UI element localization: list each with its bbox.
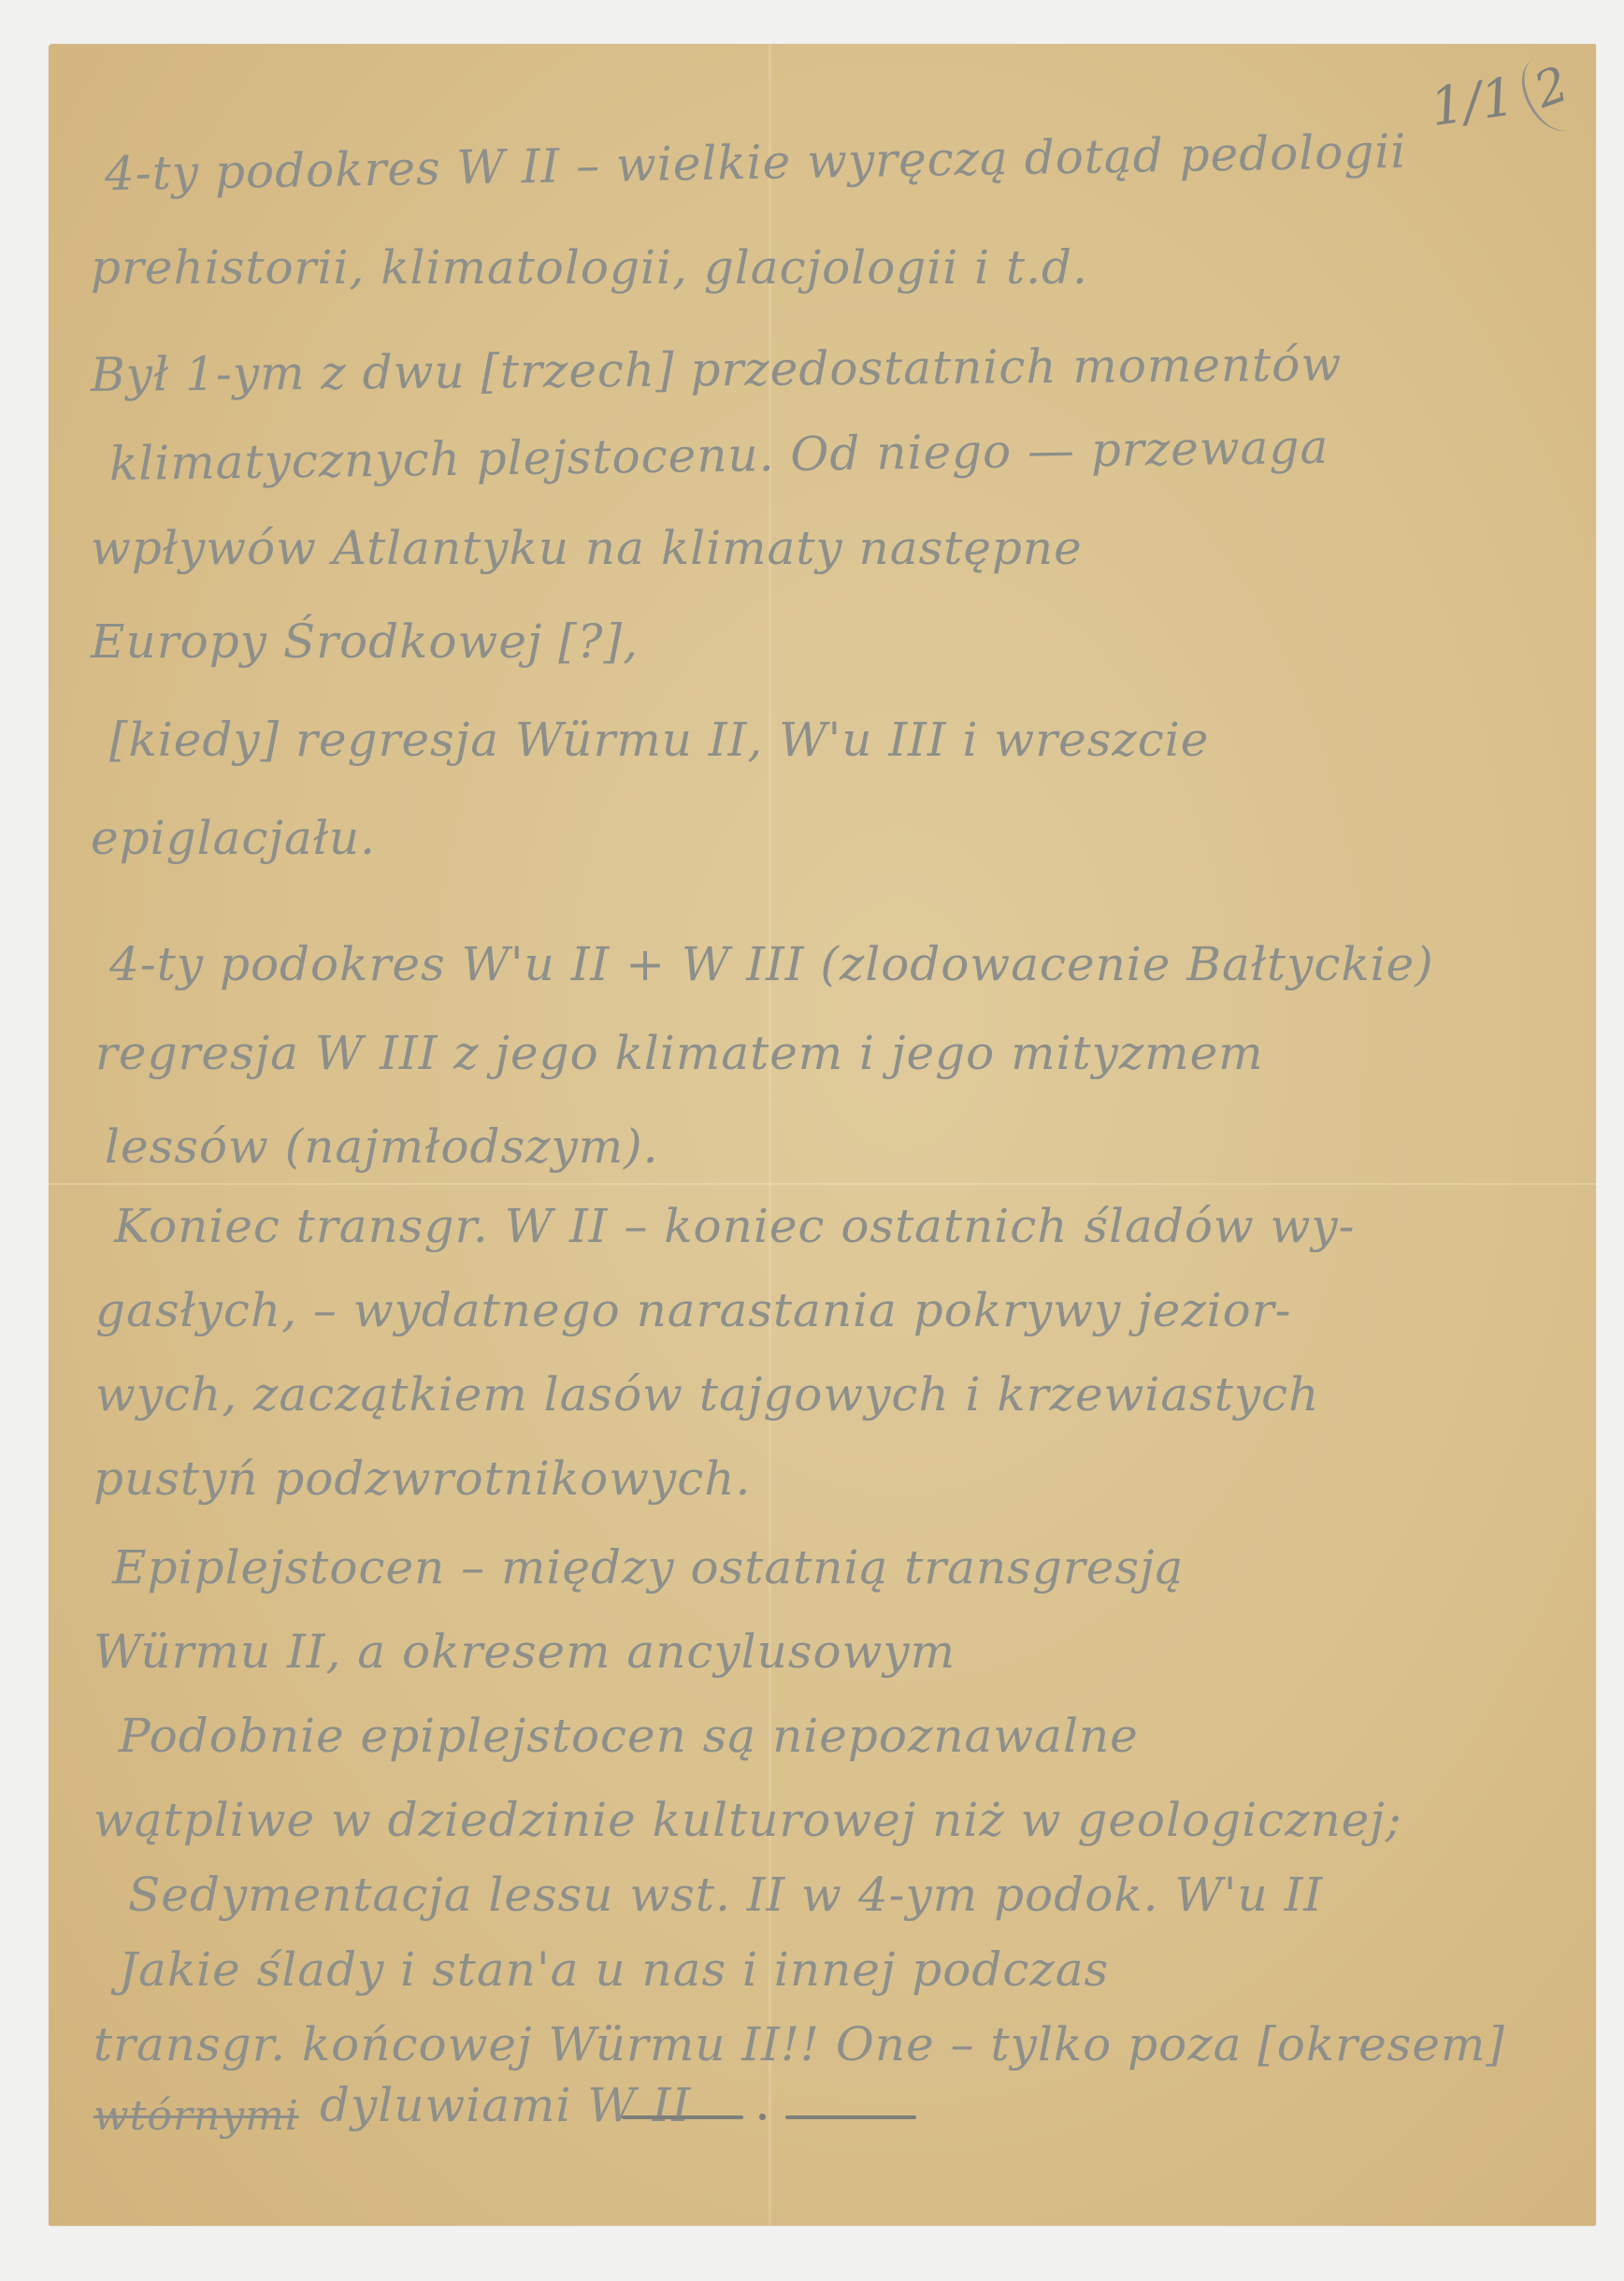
text-line-6: Europy Środkowej [?],	[91, 614, 639, 669]
text-line-17: Würmu II, a okresem ancylusowym	[93, 1624, 956, 1679]
text-line-2: prehistorii, klimatologii, glacjologii i…	[91, 240, 1088, 295]
text-line-11: lessów (najmłodszym).	[105, 1119, 659, 1174]
text-line-22: transgr. końcowej Würmu II!! One – tylko…	[93, 2017, 1505, 2072]
divider-dash-right	[785, 2115, 916, 2119]
circled-page-number: 2	[1514, 49, 1590, 140]
text-line-1: 4-ty podokres W II – wielkie wyręczą dot…	[104, 124, 1406, 201]
divider-dot	[759, 2114, 766, 2120]
text-line-15: pustyń podzwrotnikowych.	[93, 1451, 751, 1506]
text-line-4: klimatycznych plejstocenu. Od niego — pr…	[109, 420, 1329, 491]
text-line-7: [kiedy] regresja Würmu II, W'u III i wre…	[109, 713, 1209, 767]
text-line-8: epiglacjału.	[91, 811, 376, 865]
text-line-5: wpływów Atlantyku na klimaty następne	[91, 521, 1083, 575]
text-line-19: wątpliwe w dziedzinie kulturowej niż w g…	[93, 1793, 1402, 1847]
text-line-9: 4-ty podokres W'u II + W III (zlodowacen…	[109, 937, 1434, 991]
struck-word: wtórnymi	[93, 2092, 299, 2140]
paper-fold-horizontal	[49, 1183, 1596, 1185]
text-line-13: gasłych, – wydatnego narastania pokrywy …	[95, 1283, 1292, 1337]
text-line-16: Epiplejstocen – między ostatnią transgre…	[112, 1540, 1184, 1595]
divider-dash-left	[622, 2115, 743, 2119]
text-line-23: wtórnymi	[93, 2092, 299, 2140]
manuscript-sheet: 1/1 2 4-ty podokres W II – wielkie wyręc…	[49, 44, 1596, 2226]
text-line-18: Podobnie epiplejstocen są niepoznawalne	[119, 1709, 1139, 1763]
text-line-10: regresja W III z jego klimatem i jego mi…	[95, 1026, 1264, 1080]
page-fraction-mark: 1/1	[1427, 66, 1518, 138]
text-line-14: wych, zaczątkiem lasów tajgowych i krzew…	[95, 1367, 1319, 1422]
text-line-3: Był 1-ym z dwu [trzech] przedostatnich m…	[91, 337, 1343, 402]
end-divider	[622, 2108, 977, 2127]
text-line-12: Koniec transgr. W II – koniec ostatnich …	[114, 1199, 1356, 1253]
text-line-20: Sedymentacja lessu wst. II w 4-ym podok.…	[128, 1868, 1323, 1922]
text-line-21: Jakie ślady i stan'a u nas i innej podcz…	[119, 1942, 1109, 1997]
